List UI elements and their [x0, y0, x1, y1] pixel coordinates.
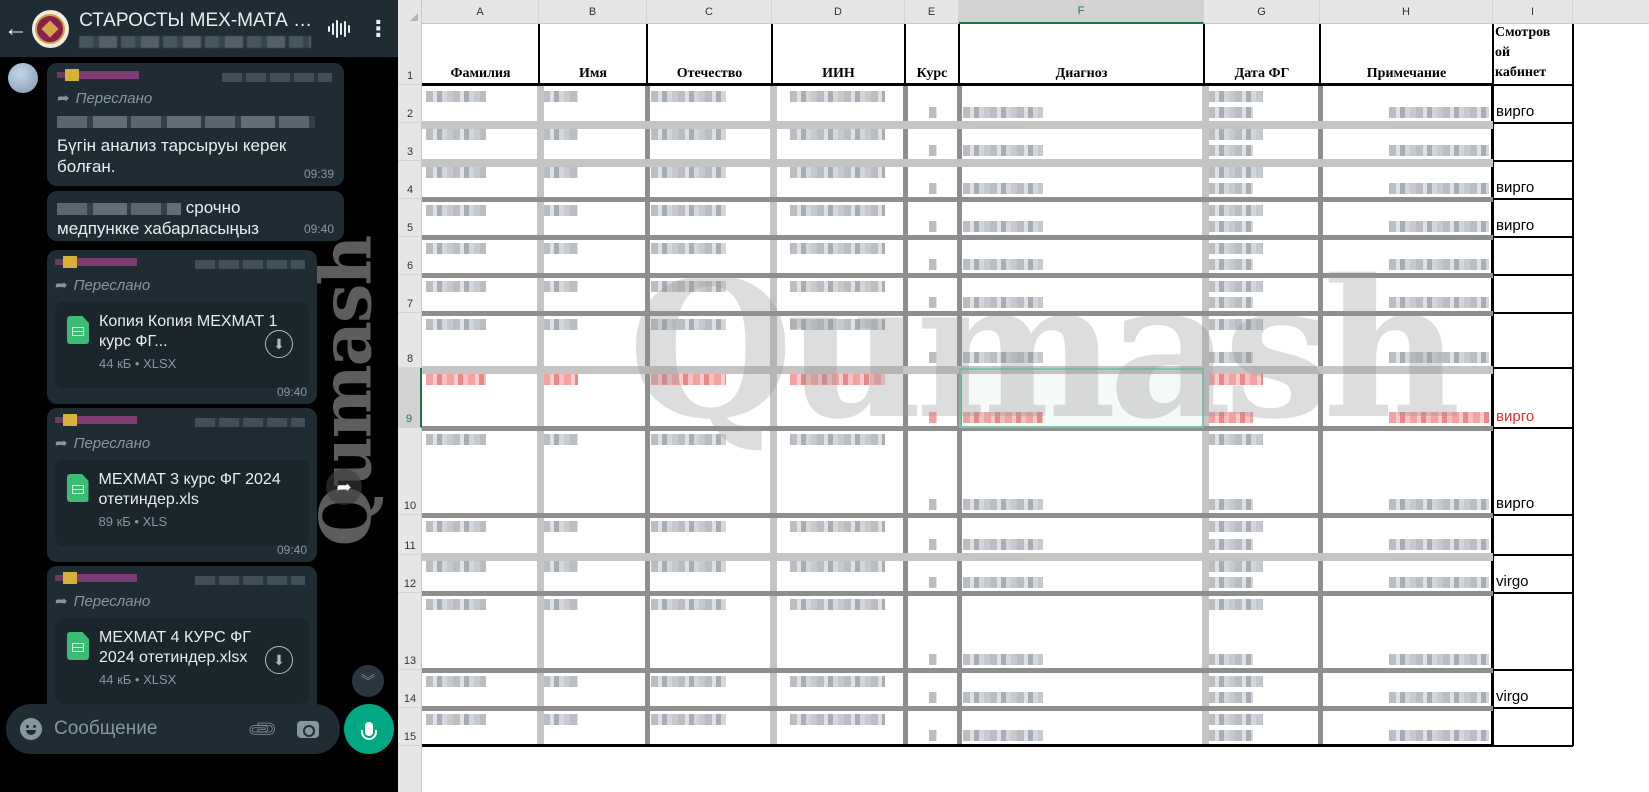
- redacted-cell-value: [1208, 730, 1253, 741]
- grid-line: [1318, 85, 1323, 746]
- forwarded-label: ➦Переслано: [55, 592, 309, 610]
- redacted-cell-value: [426, 714, 486, 725]
- redacted-cell-value: [651, 319, 726, 330]
- grid-line: [422, 121, 1493, 129]
- redacted-cell-value: [426, 561, 486, 572]
- redacted-cell-value: [426, 205, 486, 216]
- file-message[interactable]: ➦Переслано Копия Копия МЕХМАТ 1 курс ФГ.…: [47, 250, 317, 404]
- redacted-cell-value: [1389, 297, 1489, 308]
- redacted-cell-value: [1208, 205, 1263, 216]
- message-time: 09:39: [304, 167, 334, 181]
- table-row[interactable]: [422, 593, 1573, 670]
- row-header-2[interactable]: 2: [398, 85, 422, 123]
- row-header-11[interactable]: 11: [398, 515, 422, 555]
- grid-line: [422, 706, 1493, 711]
- grid-line: [645, 85, 650, 746]
- grid-line: [422, 83, 1493, 86]
- header-cell[interactable]: Примечание: [1320, 24, 1493, 85]
- redacted-cell-value: [426, 521, 486, 532]
- redacted-cell-value: [651, 599, 726, 610]
- redacted-cell-value: [543, 129, 578, 140]
- redacted-cell-value: [543, 599, 578, 610]
- column-header-e[interactable]: E: [905, 0, 959, 24]
- redacted-cell-value: [1389, 183, 1489, 194]
- redacted-cell-value: [790, 205, 885, 216]
- redacted-cell-value: [543, 521, 578, 532]
- grid-line: [1493, 160, 1573, 162]
- grid-line: [422, 235, 1493, 240]
- file-name: МЕХМАТ 4 КУРС ФГ 2024 отетиндер.xlsx: [99, 628, 279, 668]
- redacted-cell-value: [426, 676, 486, 687]
- redacted-cell-value: [651, 281, 726, 292]
- redacted-cell-value: [426, 319, 486, 330]
- redacted-cell-value: [929, 221, 937, 232]
- grid-line: [1493, 554, 1573, 556]
- cabinet-cell[interactable]: virgo: [1496, 573, 1529, 590]
- redacted-cell-value: [651, 714, 726, 725]
- row-header-12[interactable]: 12: [398, 555, 422, 593]
- redacted-cell-value: [1208, 243, 1263, 254]
- redacted-cell-value: [963, 577, 1043, 588]
- column-header-g[interactable]: G: [1204, 0, 1320, 24]
- redacted-cell-value: [1208, 599, 1263, 610]
- redacted-cell-value: [1389, 259, 1489, 270]
- redacted-cell-value: [929, 730, 937, 741]
- redacted-text: [57, 203, 181, 215]
- grid-line: [537, 85, 544, 746]
- forward-icon: ➦: [55, 434, 68, 452]
- redacted-cell-value: [1208, 259, 1253, 270]
- redacted-cell-value: [963, 352, 1043, 363]
- redacted-cell-value: [1208, 499, 1253, 510]
- redacted-cell-value: [1208, 183, 1253, 194]
- download-icon[interactable]: ⬇: [265, 330, 293, 358]
- row-headers: 123456789101112131415: [398, 24, 422, 792]
- grid-line: [1203, 24, 1205, 85]
- share-icon[interactable]: ➦: [326, 469, 362, 505]
- column-header-f[interactable]: F: [959, 0, 1204, 24]
- redacted-cell-value: [651, 91, 726, 102]
- grid-line: [770, 85, 777, 746]
- redacted-cell-value: [790, 434, 885, 445]
- column-header-h[interactable]: H: [1320, 0, 1493, 24]
- redacted-cell-value: [1389, 412, 1489, 423]
- grid-line: [422, 513, 1493, 518]
- grid-line: [422, 668, 1493, 673]
- redacted-cell-value: [651, 129, 726, 140]
- redacted-cell-value: [1208, 654, 1253, 665]
- redacted-cell-value: [543, 676, 578, 687]
- chat-header: ← СТАРОСТЫ МЕХ-МАТА 1-... ⋮: [0, 0, 398, 57]
- row-header-1[interactable]: 1: [398, 24, 422, 85]
- redacted-cell-value: [963, 259, 1043, 270]
- row-header-15[interactable]: 15: [398, 708, 422, 746]
- redacted-cell-value: [963, 499, 1043, 510]
- forward-icon: ➦: [55, 592, 68, 610]
- redacted-cell-value: [651, 243, 726, 254]
- file-message[interactable]: ➦Переслано МЕХМАТ 3 курс ФГ 2024 отетинд…: [47, 408, 317, 562]
- redacted-cell-value: [1389, 352, 1489, 363]
- grid-line: [904, 24, 906, 85]
- grid-line: [1493, 514, 1573, 516]
- camera-icon[interactable]: [297, 721, 319, 738]
- header-cell[interactable]: Смотровойкабинет: [1493, 24, 1573, 85]
- forwarded-label: ➦Переслано: [55, 434, 309, 452]
- redacted-cell-value: [929, 577, 937, 588]
- redacted-cell-value: [963, 145, 1043, 156]
- grid-line: [1493, 367, 1573, 369]
- grid-line: [422, 366, 1493, 374]
- row-header-3[interactable]: 3: [398, 123, 422, 161]
- redacted-cell-value: [790, 676, 885, 687]
- table-row[interactable]: [422, 275, 1573, 313]
- redacted-cell-value: [426, 243, 486, 254]
- redacted-cell-value: [426, 129, 486, 140]
- header-cell[interactable]: Фамилия: [422, 24, 539, 85]
- redacted-cell-value: [543, 561, 578, 572]
- file-message[interactable]: ➦Переслано МЕХМАТ 4 КУРС ФГ 2024 отетинд…: [47, 566, 317, 706]
- column-header-c[interactable]: C: [647, 0, 772, 24]
- download-icon[interactable]: ⬇: [265, 646, 293, 674]
- redacted-cell-value: [651, 676, 726, 687]
- redacted-cell-value: [426, 374, 486, 385]
- grid-line: [1493, 312, 1573, 314]
- redacted-cell-value: [1389, 221, 1489, 232]
- redacted-cell-value: [1389, 499, 1489, 510]
- forwarded-label: ➦Переслано: [57, 89, 334, 107]
- grid-line: [958, 24, 960, 85]
- file-attachment[interactable]: МЕХМАТ 3 курс ФГ 2024 отетиндер.xls 89 к…: [55, 460, 309, 546]
- table-row[interactable]: [422, 313, 1573, 368]
- spreadsheet: ABCDEFGHI 123456789101112131415 ФамилияИ…: [398, 0, 1649, 792]
- cabinet-cell[interactable]: вирго: [1496, 495, 1534, 512]
- cabinet-cell[interactable]: вирго: [1496, 103, 1534, 120]
- redacted-cell-value: [651, 434, 726, 445]
- redacted-cell-value: [790, 91, 885, 102]
- redacted-cell-value: [1208, 129, 1263, 140]
- redacted-cell-value: [929, 352, 937, 363]
- grid-line: [903, 85, 908, 746]
- grid-line: [1493, 669, 1573, 671]
- header-cell[interactable]: Отечество: [647, 24, 772, 85]
- row-header-9[interactable]: 9: [398, 368, 422, 428]
- header-cell[interactable]: Имя: [539, 24, 647, 85]
- row-header-5[interactable]: 5: [398, 199, 422, 237]
- cabinet-cell[interactable]: вирго: [1496, 408, 1534, 425]
- message-input[interactable]: [54, 718, 244, 740]
- message-text: Бүгін анализ тарсыруы керек болған.: [57, 135, 312, 177]
- message-text: срочно медпункке хабарласыңыз: [57, 197, 297, 239]
- spreadsheet-file-icon: [67, 316, 89, 344]
- redacted-cell-value: [790, 281, 885, 292]
- sender-phone-redacted: [195, 418, 305, 427]
- file-meta: 44 кБ • XLSX: [99, 672, 279, 687]
- redacted-cell-value: [1389, 539, 1489, 550]
- redacted-cell-value: [1208, 352, 1253, 363]
- redacted-cell-value: [790, 599, 885, 610]
- cabinet-cell[interactable]: вирго: [1496, 179, 1534, 196]
- file-attachment[interactable]: МЕХМАТ 4 КУРС ФГ 2024 отетиндер.xlsx 44 …: [55, 618, 309, 704]
- grid-line: [422, 159, 1493, 167]
- redacted-cell-value: [1208, 577, 1253, 588]
- redacted-cell-value: [790, 561, 885, 572]
- spreadsheet-file-icon: [67, 474, 89, 502]
- redacted-cell-value: [1208, 714, 1263, 725]
- table-row[interactable]: [422, 237, 1573, 275]
- group-avatar[interactable]: [32, 10, 70, 48]
- redacted-cell-value: [543, 243, 578, 254]
- mic-button[interactable]: [344, 704, 394, 754]
- redacted-cell-value: [543, 714, 578, 725]
- redacted-cell-value: [1208, 107, 1253, 118]
- redacted-cell-value: [929, 297, 937, 308]
- grid-line: [422, 744, 1493, 747]
- table-row[interactable]: virgo: [422, 670, 1573, 708]
- redacted-cell-value: [963, 221, 1043, 232]
- message-time: 09:40: [304, 222, 334, 236]
- redacted-cell-value: [543, 374, 578, 385]
- table-row[interactable]: [422, 708, 1573, 746]
- redacted-cell-value: [790, 129, 885, 140]
- selected-cell[interactable]: [959, 368, 1204, 428]
- mic-icon: [365, 722, 373, 736]
- redacted-cell-value: [1208, 319, 1263, 330]
- emoji-icon[interactable]: [20, 718, 42, 740]
- grid-line: [1572, 24, 1574, 746]
- header-cell[interactable]: Диагноз: [959, 24, 1204, 85]
- redacted-cell-value: [426, 167, 486, 178]
- redacted-cell-value: [543, 319, 578, 330]
- more-vert-icon[interactable]: ⋮: [359, 16, 398, 42]
- chat-subtitle-redacted: [79, 36, 311, 48]
- redacted-cell-value: [426, 599, 486, 610]
- grid-line: [538, 24, 540, 85]
- grid-line: [771, 24, 773, 85]
- grid-line: [1493, 84, 1573, 86]
- redacted-cell-value: [651, 521, 726, 532]
- redacted-cell-value: [1208, 91, 1263, 102]
- cabinet-cell[interactable]: virgo: [1496, 688, 1529, 705]
- redacted-cell-value: [543, 167, 578, 178]
- redacted-cell-value: [1208, 676, 1263, 687]
- grid-line: [422, 311, 1493, 316]
- row-header-10[interactable]: 10: [398, 428, 422, 515]
- redacted-cell-value: [1208, 434, 1263, 445]
- grid-line: [1493, 427, 1573, 429]
- message-time: 09:40: [277, 543, 307, 557]
- redacted-cell-value: [426, 434, 486, 445]
- grid-line: [1491, 85, 1494, 746]
- grid-line: [1319, 24, 1321, 85]
- table-row[interactable]: вирго: [422, 199, 1573, 237]
- back-arrow-icon[interactable]: ←: [0, 0, 32, 57]
- select-all-corner[interactable]: [398, 0, 422, 24]
- column-headers: ABCDEFGHI: [398, 0, 1649, 24]
- redacted-cell-value: [929, 539, 937, 550]
- grid-line: [1493, 198, 1573, 200]
- sender-phone-redacted: [195, 576, 305, 585]
- redacted-cell-value: [963, 692, 1043, 703]
- sender-phone-redacted: [195, 260, 305, 269]
- redacted-cell-value: [790, 319, 885, 330]
- redacted-cell-value: [651, 374, 726, 385]
- redacted-cell-value: [790, 714, 885, 725]
- column-header-a[interactable]: A: [422, 0, 539, 24]
- redacted-cell-value: [1208, 374, 1263, 385]
- redacted-cell-value: [543, 281, 578, 292]
- chat-header-info[interactable]: СТАРОСТЫ МЕХ-МАТА 1-...: [79, 10, 319, 48]
- row-header-4[interactable]: 4: [398, 161, 422, 199]
- redacted-cell-value: [929, 499, 937, 510]
- forward-icon: ➦: [57, 89, 70, 107]
- table-row[interactable]: вирго: [422, 85, 1573, 123]
- redacted-cell-value: [543, 205, 578, 216]
- redacted-cell-value: [1208, 539, 1253, 550]
- redacted-cell-value: [929, 412, 937, 423]
- grid-line: [1493, 745, 1573, 747]
- redacted-cell-value: [963, 107, 1043, 118]
- redacted-cell-value: [963, 654, 1043, 665]
- redacted-cell-value: [1208, 145, 1253, 156]
- grid-line: [1492, 24, 1494, 85]
- redacted-cell-value: [1208, 221, 1253, 232]
- redacted-cell-value: [1208, 167, 1263, 178]
- message-bubble[interactable]: срочно медпункке хабарласыңыз 09:40: [47, 191, 344, 241]
- file-meta: 44 кБ • XLSX: [99, 356, 279, 371]
- redacted-cell-value: [1208, 561, 1263, 572]
- redacted-cell-value: [963, 297, 1043, 308]
- redacted-cell-value: [1389, 145, 1489, 156]
- cabinet-cell[interactable]: вирго: [1496, 217, 1534, 234]
- redacted-cell-value: [426, 281, 486, 292]
- redacted-cell-value: [1389, 107, 1489, 118]
- grid-line: [1493, 122, 1573, 124]
- message-composer: 📎︎: [6, 704, 340, 754]
- double-chevron-down-icon: ︾: [361, 671, 375, 691]
- redacted-cell-value: [790, 521, 885, 532]
- redacted-cell-value: [963, 730, 1043, 741]
- voice-chat-icon[interactable]: [319, 19, 358, 39]
- grid-line: [646, 24, 648, 85]
- column-header-d[interactable]: D: [772, 0, 905, 24]
- grid-line: [1493, 274, 1573, 276]
- column-header-b[interactable]: B: [539, 0, 647, 24]
- redacted-cell-value: [929, 259, 937, 270]
- table-row[interactable]: [422, 515, 1573, 555]
- redacted-cell-value: [543, 434, 578, 445]
- redacted-cell-value: [1208, 297, 1253, 308]
- grid-line: [1493, 707, 1573, 709]
- spreadsheet-file-icon: [67, 632, 89, 660]
- attach-icon[interactable]: 📎︎: [245, 711, 281, 747]
- grid-line: [422, 273, 1493, 278]
- redacted-cell-value: [651, 205, 726, 216]
- scroll-down-button[interactable]: ︾: [352, 665, 384, 697]
- redacted-cell-value: [1389, 654, 1489, 665]
- grid-line: [422, 426, 1493, 431]
- redacted-cell-value: [929, 107, 937, 118]
- redacted-cell-value: [1389, 692, 1489, 703]
- redacted-cell-value: [929, 654, 937, 665]
- grid-line: [1493, 236, 1573, 238]
- redacted-cell-value: [790, 167, 885, 178]
- file-name: Копия Копия МЕХМАТ 1 курс ФГ...: [99, 312, 279, 352]
- grid-line: [422, 553, 1493, 561]
- table-row[interactable]: вирго: [422, 428, 1573, 515]
- forward-icon: ➦: [55, 276, 68, 294]
- redacted-cell-value: [963, 183, 1043, 194]
- sender-avatar[interactable]: [8, 63, 38, 93]
- redacted-cell-value: [1208, 692, 1253, 703]
- redacted-cell-value: [929, 145, 937, 156]
- chat-panel: ← СТАРОСТЫ МЕХ-МАТА 1-... ⋮ ➦Переслано Б…: [0, 0, 398, 792]
- redacted-cell-value: [790, 374, 885, 385]
- redacted-cell-value: [543, 91, 578, 102]
- column-header-i[interactable]: I: [1493, 0, 1573, 24]
- header-cell[interactable]: Дата ФГ: [1204, 24, 1320, 85]
- redacted-text: [57, 116, 315, 128]
- redacted-cell-value: [1389, 730, 1489, 741]
- grid-line: [422, 197, 1493, 202]
- message-bubble[interactable]: ➦Переслано Бүгін анализ тарсыруы керек б…: [47, 63, 344, 186]
- row-header-13[interactable]: 13: [398, 593, 422, 670]
- redacted-cell-value: [1208, 281, 1263, 292]
- redacted-cell-value: [929, 183, 937, 194]
- forwarded-label: ➦Переслано: [55, 276, 309, 294]
- row-header-14[interactable]: 14: [398, 670, 422, 708]
- redacted-cell-value: [929, 692, 937, 703]
- row-header-8[interactable]: 8: [398, 313, 422, 368]
- header-cell[interactable]: ИИН: [772, 24, 905, 85]
- file-name: МЕХМАТ 3 курс ФГ 2024 отетиндер.xls: [99, 470, 299, 510]
- chat-title: СТАРОСТЫ МЕХ-МАТА 1-...: [79, 10, 319, 32]
- grid-line: [422, 591, 1493, 596]
- redacted-cell-value: [651, 167, 726, 178]
- redacted-cell-value: [790, 243, 885, 254]
- redacted-cell-value: [963, 539, 1043, 550]
- sender-phone-redacted: [222, 73, 332, 82]
- redacted-cell-value: [1208, 521, 1263, 532]
- redacted-cell-value: [426, 91, 486, 102]
- header-cell[interactable]: Курс: [905, 24, 959, 85]
- redacted-cell-value: [651, 561, 726, 572]
- redacted-cell-value: [1389, 577, 1489, 588]
- file-attachment[interactable]: Копия Копия МЕХМАТ 1 курс ФГ... 44 кБ • …: [55, 302, 309, 388]
- file-meta: 89 кБ • XLS: [99, 514, 299, 529]
- row-header-6[interactable]: 6: [398, 237, 422, 275]
- message-time: 09:40: [277, 385, 307, 399]
- row-header-7[interactable]: 7: [398, 275, 422, 313]
- grid-line: [1493, 592, 1573, 594]
- redacted-cell-value: [1208, 412, 1253, 423]
